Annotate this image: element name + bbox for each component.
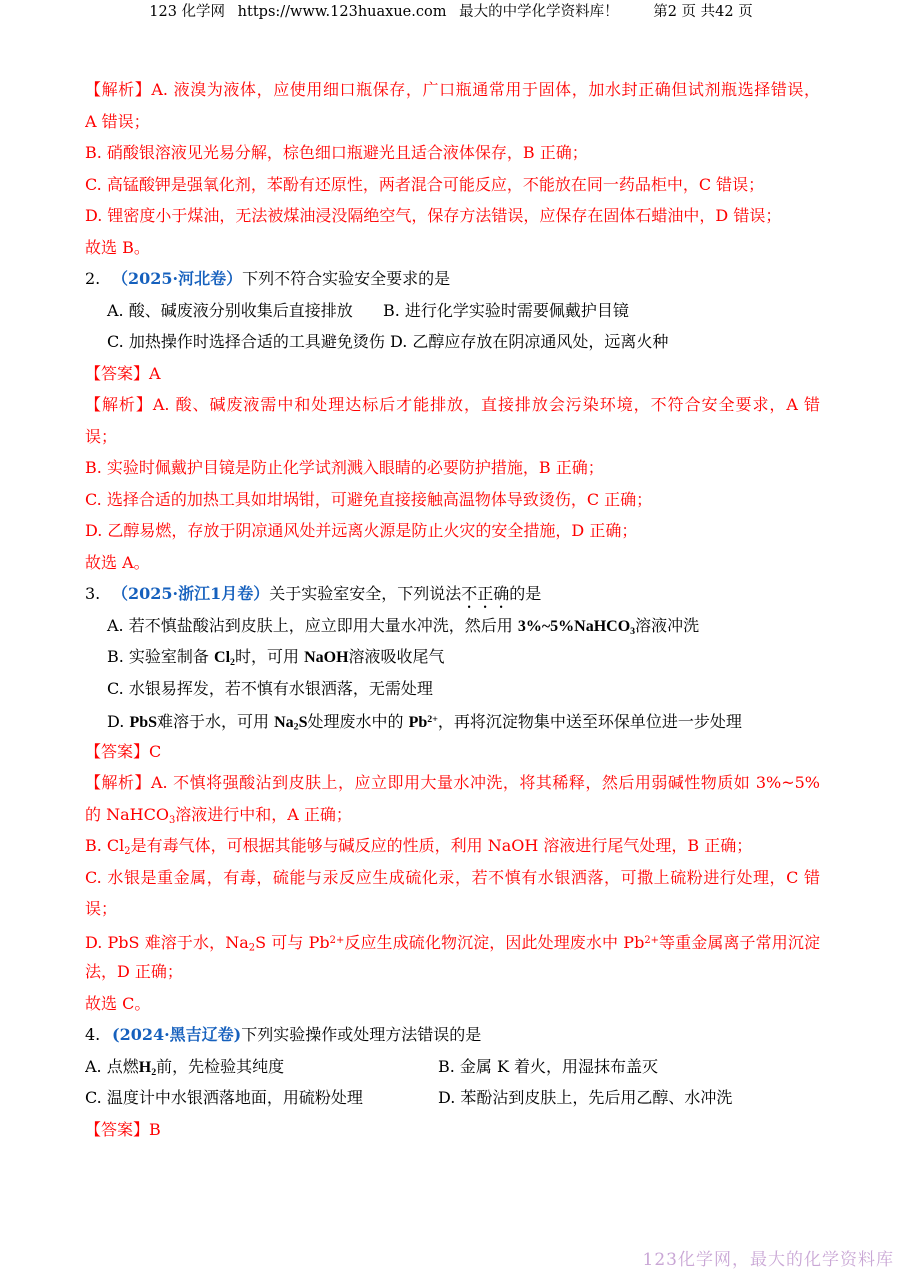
q2-analysis-conclusion: 故选 A。 — [85, 547, 820, 579]
document-page: 【解析】A. 液溴为液体，应使用细口瓶保存，广口瓶通常用于固体，加水封正确但试剂… — [0, 0, 902, 1275]
option-column: A. 点燃H2前，先检验其纯度 — [85, 1051, 438, 1083]
q2-options-row-1: A. 酸、碱废液分别收集后直接排放B. 进行化学实验时需要佩戴护目镜 — [85, 295, 820, 327]
text-segment: 等重金属离子常用沉淀 — [659, 932, 820, 951]
text-segment: 难溶于水，可用 — [157, 712, 274, 731]
text-segment: S — [299, 714, 308, 731]
text-segment: Na — [274, 714, 294, 731]
q4-answer: 【答案】B — [85, 1114, 820, 1146]
text-segment: 误； — [85, 427, 117, 446]
text-segment: (2024·黑吉辽卷) — [112, 1025, 241, 1044]
q3-header: 3.（2025·浙江1月卷）关于实验室安全，下列说法不正确的是 — [85, 578, 820, 610]
q2-answer: 【答案】A — [85, 358, 820, 390]
q1-analysis-line-5: D. 锂密度小于煤油，无法被煤油浸没隔绝空气，保存方法错误，应保存在固体石蜡油中… — [85, 200, 820, 232]
q2-analysis-line-5: D. 乙醇易燃，存放于阴凉通风处并远离火源是防止火灾的安全措施，D 正确； — [85, 515, 820, 547]
watermark-text: 123化学网，最大的化学资料库 — [643, 1245, 894, 1270]
text-segment: A. 若不慎盐酸沾到皮肤上，应立即用大量水冲洗，然后用 — [107, 616, 518, 635]
text-segment: 3. — [85, 578, 112, 610]
text-segment: 【解析】A. 不慎将强酸沾到皮肤上，应立即用大量水冲洗，将其稀释，然后用弱碱性物… — [85, 773, 820, 792]
text-segment: 故选 B。 — [85, 238, 150, 257]
q2-analysis-line-3: B. 实验时佩戴护目镜是防止化学试剂溅入眼睛的必要防护措施，B 正确； — [85, 452, 820, 484]
text-segment: 4. — [85, 1019, 112, 1051]
document-content: 【解析】A. 液溴为液体，应使用细口瓶保存，广口瓶通常用于固体，加水封正确但试剂… — [85, 74, 820, 1145]
text-segment: C. 高锰酸钾是强氧化剂，苯酚有还原性，两者混合可能反应，不能放在同一药品柜中，… — [85, 175, 764, 194]
q3-analysis-line-2: 的 NaHCO3溶液进行中和，A 正确； — [85, 799, 820, 831]
text-segment: 溶液吸收尾气 — [349, 647, 445, 666]
footer-site-name: 123 化学网 — [149, 4, 225, 20]
text-segment: 不正确 — [461, 584, 509, 603]
q3-analysis-line-7: 法，D 正确； — [85, 956, 820, 988]
text-segment: Cl — [214, 649, 230, 666]
text-segment: 【答案】A — [85, 364, 161, 383]
text-segment: D. 乙醇应存放在阴凉通风处，远离火种 — [385, 332, 669, 351]
q2-options-row-2: C. 加热操作时选择合适的工具避免烫伤 D. 乙醇应存放在阴凉通风处，远离火种 — [85, 326, 820, 358]
text-segment: A. 点燃 — [85, 1057, 139, 1076]
text-segment: 的 NaHCO — [85, 805, 169, 824]
text-segment: A. 酸、碱废液分别收集后直接排放 — [107, 301, 353, 320]
text-segment: C. 选择合适的加热工具如坩埚钳，可避免直接接触高温物体导致烫伤，C 正确； — [85, 490, 652, 509]
text-segment: A 错误； — [85, 112, 150, 131]
q3-option-c: C. 水银易挥发，若不慎有水银洒落，无需处理 — [85, 673, 820, 705]
q3-analysis-line-4: C. 水银是重金属，有毒，硫能与汞反应生成硫化汞，若不慎有水银洒落，可撒上硫粉进… — [85, 862, 820, 894]
text-segment: C. 温度计中水银洒落地面，用硫粉处理 — [85, 1088, 363, 1107]
q2-analysis-line-2: 误； — [85, 421, 820, 453]
text-segment: 故选 C。 — [85, 994, 150, 1013]
text-segment: D. 锂密度小于煤油，无法被煤油浸没隔绝空气，保存方法错误，应保存在固体石蜡油中… — [85, 206, 781, 225]
text-segment: D. 苯酚沾到皮肤上，先后用乙醇、水冲洗 — [438, 1088, 732, 1107]
text-segment: Pb — [409, 714, 428, 731]
footer-page-indicator: 第2 页 共42 页 — [653, 4, 753, 20]
text-segment: 2+ — [330, 935, 345, 946]
text-segment: （2025·河北卷） — [112, 269, 242, 288]
q2-header: 2.（2025·河北卷）下列不符合实验安全要求的是 — [85, 263, 820, 295]
q3-analysis-line-5: 误； — [85, 893, 820, 925]
q3-analysis-conclusion: 故选 C。 — [85, 988, 820, 1020]
q1-analysis-line-3: B. 硝酸银溶液见光易分解，棕色细口瓶避光且适合液体保存，B 正确； — [85, 137, 820, 169]
text-segment: 误； — [85, 899, 117, 918]
text-segment: 2. — [85, 263, 112, 295]
text-segment: 关于实验室安全，下列说法 — [269, 584, 461, 603]
text-segment: 【答案】B — [85, 1120, 161, 1139]
text-segment: B. 进行化学实验时需要佩戴护目镜 — [383, 301, 629, 320]
text-segment: 的是 — [509, 584, 541, 603]
text-segment: B. 硝酸银溶液见光易分解，棕色细口瓶避光且适合液体保存，B 正确； — [85, 143, 588, 162]
page-footer: 123 化学网 https://www.123huaxue.com 最大的中学化… — [0, 0, 902, 21]
option-column: D. 苯酚沾到皮肤上，先后用乙醇、水冲洗 — [438, 1082, 732, 1114]
option-column: C. 温度计中水银洒落地面，用硫粉处理 — [85, 1082, 438, 1114]
q3-option-d: D. PbS难溶于水，可用 Na2S处理废水中的 Pb2+，再将沉淀物集中送至环… — [85, 704, 820, 736]
text-segment: 下列不符合实验安全要求的是 — [242, 269, 450, 288]
q3-analysis-line-6: D. PbS 难溶于水，Na2S 可与 Pb2+反应生成硫化物沉淀，因此处理废水… — [85, 925, 820, 957]
footer-tagline: 最大的中学化学资料库！ — [459, 4, 619, 20]
text-segment: C. 加热操作时选择合适的工具避免烫伤 — [107, 332, 385, 351]
option-column: B. 进行化学实验时需要佩戴护目镜 — [383, 295, 629, 327]
text-segment: 2+ — [644, 935, 659, 946]
text-segment: PbS — [129, 714, 157, 731]
text-segment: （2025·浙江1月卷） — [112, 584, 269, 603]
text-segment: 反应生成硫化物沉淀，因此处理废水中 Pb — [344, 932, 644, 951]
q4-header: 4.(2024·黑吉辽卷)下列实验操作或处理方法错误的是 — [85, 1019, 820, 1051]
q1-analysis-conclusion: 故选 B。 — [85, 232, 820, 264]
q2-analysis-line-1: 【解析】A. 酸、碱废液需中和处理达标后才能排放，直接排放会污染环境，不符合安全… — [85, 389, 820, 421]
text-segment: 前，先检验其纯度 — [156, 1057, 284, 1076]
q4-options-row-2: C. 温度计中水银洒落地面，用硫粉处理D. 苯酚沾到皮肤上，先后用乙醇、水冲洗 — [85, 1082, 820, 1114]
q2-analysis-line-4: C. 选择合适的加热工具如坩埚钳，可避免直接接触高温物体导致烫伤，C 正确； — [85, 484, 820, 516]
text-segment: C. 水银是重金属，有毒，硫能与汞反应生成硫化汞，若不慎有水银洒落，可撒上硫粉进… — [85, 868, 820, 887]
text-segment: 2+ — [427, 714, 438, 725]
text-segment: B. 实验时佩戴护目镜是防止化学试剂溅入眼睛的必要防护措施，B 正确； — [85, 458, 604, 477]
text-segment: B. Cl — [85, 836, 124, 855]
q4-options-row-1: A. 点燃H2前，先检验其纯度B. 金属 K 着火，用湿抹布盖灭 — [85, 1051, 820, 1083]
text-segment: 溶液进行中和，A 正确； — [175, 805, 352, 824]
q3-option-a: A. 若不慎盐酸沾到皮肤上，应立即用大量水冲洗，然后用 3%~5%NaHCO3溶… — [85, 610, 820, 642]
text-segment: ，再将沉淀物集中送至环保单位进一步处理 — [438, 712, 742, 731]
option-column: A. 酸、碱废液分别收集后直接排放 — [107, 295, 383, 327]
text-segment: B. 金属 K 着火，用湿抹布盖灭 — [438, 1057, 658, 1076]
text-segment: 是有毒气体，可根据其能够与碱反应的性质，利用 NaOH 溶液进行尾气处理，B 正… — [131, 836, 753, 855]
q3-answer: 【答案】C — [85, 736, 820, 768]
text-segment: 【答案】C — [85, 742, 161, 761]
text-segment: S 可与 Pb — [255, 932, 330, 951]
q1-analysis-line-4: C. 高锰酸钾是强氧化剂，苯酚有还原性，两者混合可能反应，不能放在同一药品柜中，… — [85, 169, 820, 201]
text-segment: 法，D 正确； — [85, 962, 183, 981]
text-segment: D. — [107, 712, 129, 731]
text-segment: C. 水银易挥发，若不慎有水银洒落，无需处理 — [107, 679, 433, 698]
text-segment: H — [139, 1059, 151, 1076]
option-column: B. 金属 K 着火，用湿抹布盖灭 — [438, 1051, 658, 1083]
q3-analysis-line-3: B. Cl2是有毒气体，可根据其能够与碱反应的性质，利用 NaOH 溶液进行尾气… — [85, 830, 820, 862]
q3-analysis-line-1: 【解析】A. 不慎将强酸沾到皮肤上，应立即用大量水冲洗，将其稀释，然后用弱碱性物… — [85, 767, 820, 799]
q1-analysis-line-2: A 错误； — [85, 106, 820, 138]
text-segment: 处理废水中的 — [308, 712, 409, 731]
text-segment: 【解析】A. 液溴为液体，应使用细口瓶保存，广口瓶通常用于固体，加水封正确但试剂… — [85, 80, 820, 99]
text-segment: 时，可用 — [235, 647, 304, 666]
q1-analysis-line-1: 【解析】A. 液溴为液体，应使用细口瓶保存，广口瓶通常用于固体，加水封正确但试剂… — [85, 74, 820, 106]
text-segment: B. 实验室制备 — [107, 647, 214, 666]
text-segment: 故选 A。 — [85, 553, 150, 572]
text-segment: 3%~5%NaHCO — [518, 618, 630, 635]
text-segment: D. PbS 难溶于水，Na — [85, 932, 249, 951]
text-segment: D. 乙醇易燃，存放于阴凉通风处并远离火源是防止火灾的安全措施，D 正确； — [85, 521, 637, 540]
text-segment: 溶液冲洗 — [635, 616, 699, 635]
text-segment: 下列实验操作或处理方法错误的是 — [241, 1025, 481, 1044]
q3-option-b: B. 实验室制备 Cl2时，可用 NaOH溶液吸收尾气 — [85, 641, 820, 673]
text-segment: NaOH — [304, 649, 348, 666]
footer-site-url[interactable]: https://www.123huaxue.com — [238, 4, 447, 20]
text-segment: 【解析】A. 酸、碱废液需中和处理达标后才能排放，直接排放会污染环境，不符合安全… — [85, 395, 820, 414]
